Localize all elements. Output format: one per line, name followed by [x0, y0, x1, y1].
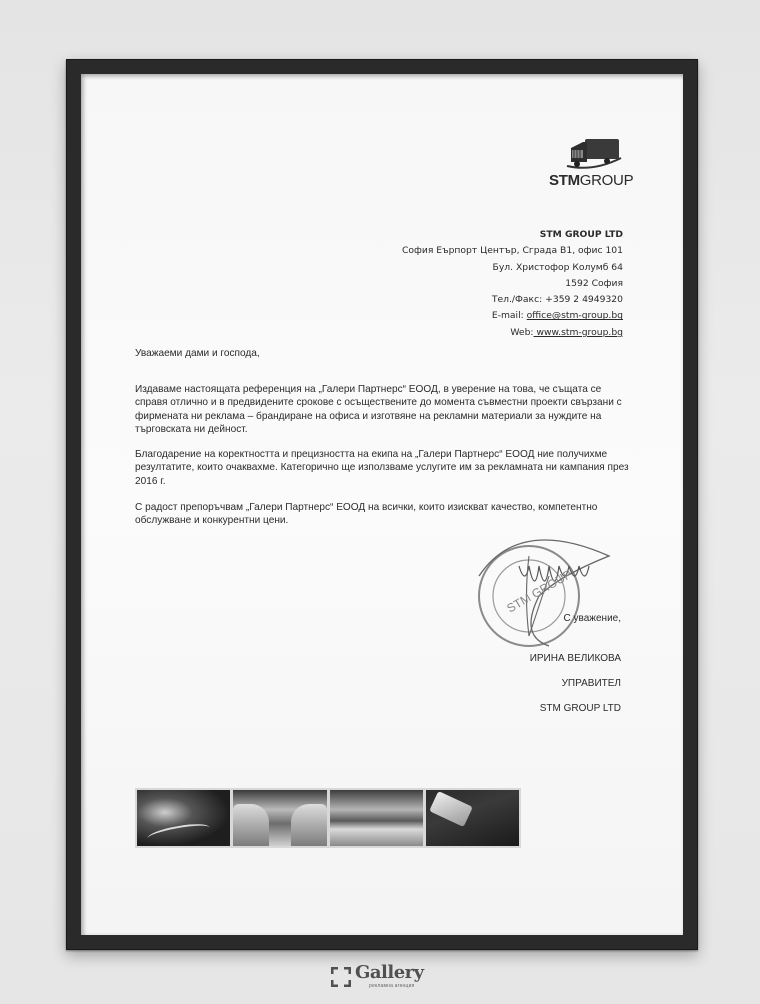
- address-line3: 1592 София: [402, 276, 623, 292]
- signer-title: УПРАВИТЕЛ: [562, 678, 621, 689]
- closing-text: С уважение,: [564, 613, 621, 624]
- stamp-and-signature-icon: STM GROUP: [459, 536, 629, 666]
- logo-text: STMGROUP: [549, 172, 633, 189]
- gallery-tagline: рекламна агенция: [369, 983, 414, 989]
- letter-paragraph-1: Издаваме настоящата референция на „Галер…: [135, 383, 635, 437]
- gallery-brand: Gallery: [355, 962, 424, 983]
- email-link[interactable]: office@stm-group.bg: [527, 310, 623, 321]
- truck-icon: [563, 136, 625, 170]
- company-logo: STMGROUP: [549, 136, 639, 196]
- address-company: STM GROUP LTD: [402, 227, 623, 243]
- letter-paragraph-3: С радост препоръчвам „Галери Партнерс“ Е…: [135, 501, 635, 528]
- address-line2: Бул. Христофор Колумб 64: [402, 260, 623, 276]
- truck-night-road-photo: [137, 790, 230, 846]
- bracket-frame-icon: [331, 967, 351, 987]
- letter-greeting: Уважаеми дами и господа,: [135, 347, 635, 360]
- letter-page: STMGROUP STM GROUP LTD София Еърпорт Цен…: [81, 74, 683, 935]
- tanker-trucks-photo: [233, 790, 326, 846]
- signer-company: STM GROUP LTD: [540, 703, 621, 714]
- company-address: STM GROUP LTD София Еърпорт Център, Сгра…: [402, 227, 623, 341]
- signer-name: ИРИНА ВЕЛИКОВА: [530, 653, 621, 664]
- letter-paragraph-2: Благодарение на коректността и прецизнос…: [135, 448, 635, 488]
- web-link[interactable]: www.stm-group.bg: [534, 327, 623, 338]
- picture-frame: STMGROUP STM GROUP LTD София Еърпорт Цен…: [66, 59, 698, 950]
- address-line1: София Еърпорт Център, Сграда В1, офис 10…: [402, 243, 623, 259]
- address-phone: Тел./Факс: +359 2 4949320: [402, 292, 623, 308]
- address-email-row: E-mail: office@stm-group.bg: [402, 308, 623, 324]
- photo-strip: [135, 788, 521, 848]
- gallery-watermark: Gallery рекламна агенция: [331, 964, 441, 994]
- sky-landscape-photo: [330, 790, 423, 846]
- address-web-row: Web: www.stm-group.bg: [402, 325, 623, 341]
- truck-highway-photo: [426, 790, 519, 846]
- svg-text:STM GROUP: STM GROUP: [504, 567, 574, 615]
